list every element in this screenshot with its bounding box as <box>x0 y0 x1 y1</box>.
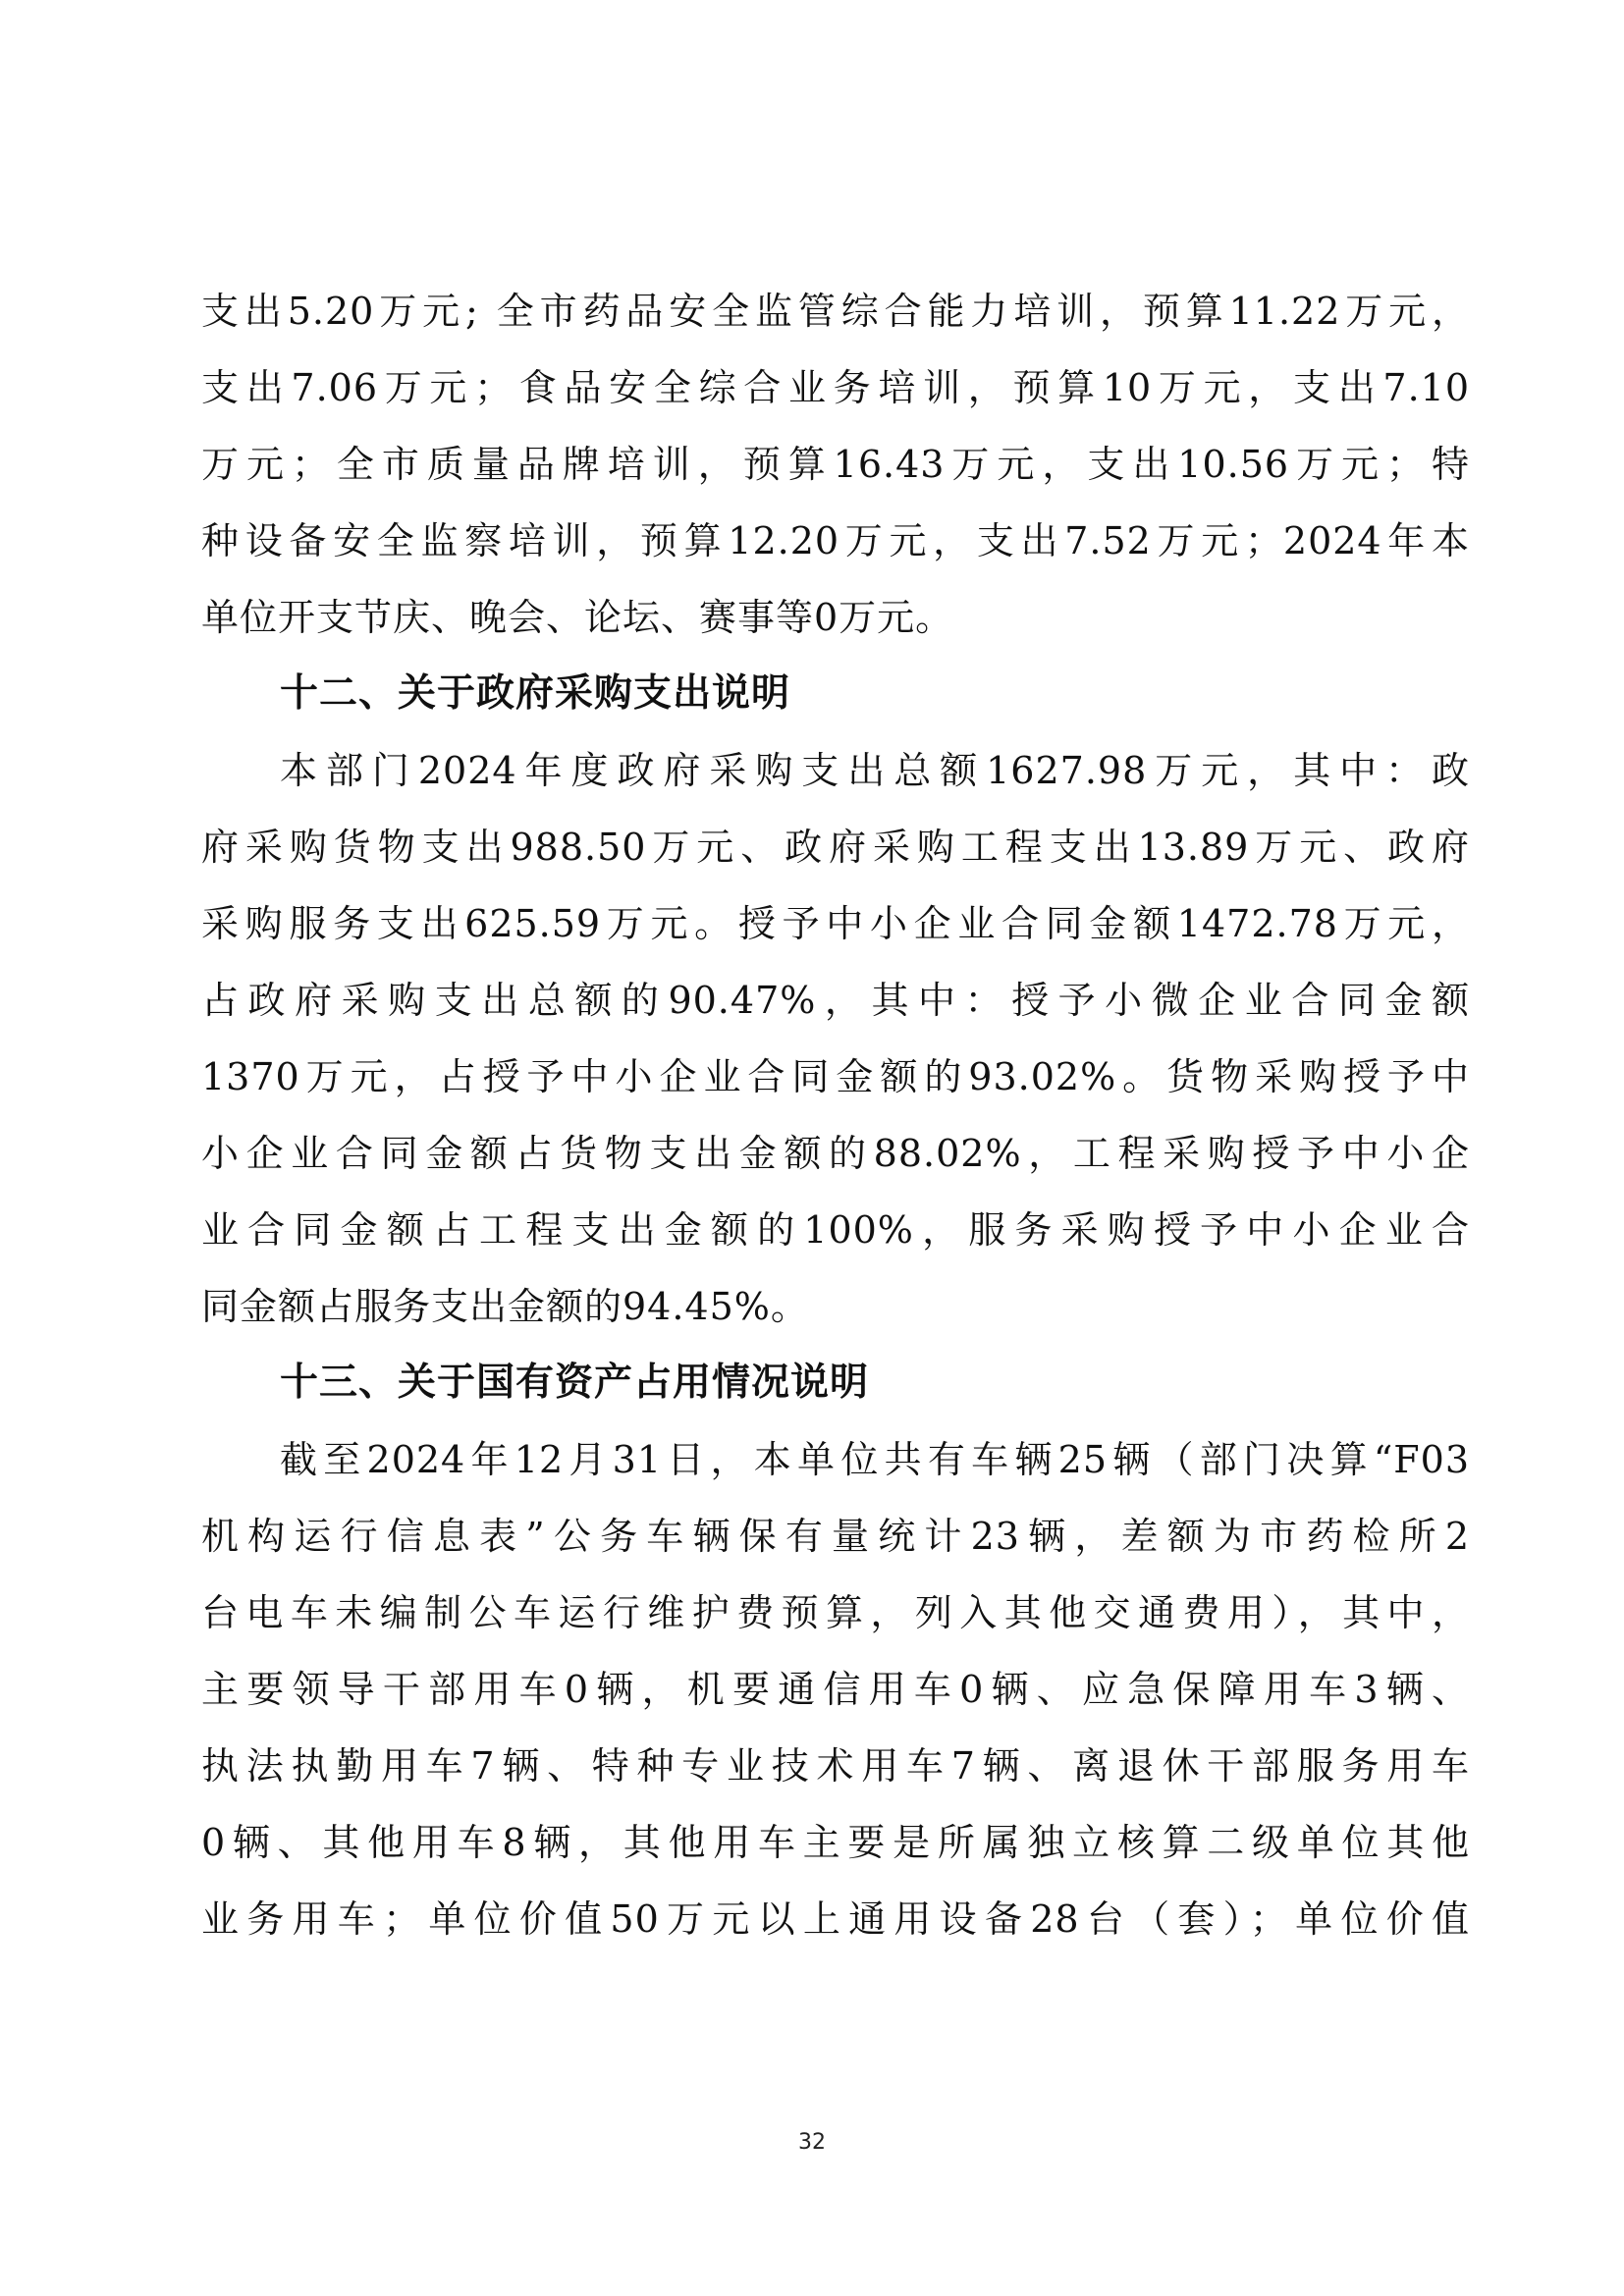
section-heading-government-procurement: 十二、关于政府采购支出说明 <box>201 656 1470 732</box>
paragraph-state-assets: 截至2024年12月31日，本单位共有车辆25辆（部门决算“F03 机构运行信息… <box>201 1421 1470 1957</box>
text-line: 1370万元，占授予中小企业合同金额的93.02%。货物采购授予中 <box>201 1039 1470 1115</box>
page-number: 32 <box>0 2130 1624 2155</box>
text-line: 0辆、其他用车8辆，其他用车主要是所属独立核算二级单位其他 <box>201 1804 1470 1881</box>
section-heading-state-assets: 十三、关于国有资产占用情况说明 <box>201 1345 1470 1421</box>
text-line: 业务用车；单位价值50万元以上通用设备28台（套）；单位价值 <box>201 1881 1470 1957</box>
text-line: 采购服务支出625.59万元。授予中小企业合同金额1472.78万元， <box>201 885 1470 962</box>
text-line: 主要领导干部用车0辆，机要通信用车0辆、应急保障用车3辆、 <box>201 1651 1470 1728</box>
text-line: 单位开支节庆、晚会、论坛、赛事等0万元。 <box>201 579 1470 656</box>
text-line: 占政府采购支出总额的90.47%，其中：授予小微企业合同金额 <box>201 962 1470 1039</box>
text-line: 种设备安全监察培训，预算12.20万元，支出7.52万元；2024年本 <box>201 503 1470 579</box>
text-line: 支出7.06万元；食品安全综合业务培训，预算10万元，支出7.10 <box>201 349 1470 426</box>
text-line: 同金额占服务支出金额的94.45%。 <box>201 1268 1470 1345</box>
text-line: 万元；全市质量品牌培训，预算16.43万元，支出10.56万元；特 <box>201 426 1470 503</box>
text-line: 业合同金额占工程支出金额的100%，服务采购授予中小企业合 <box>201 1192 1470 1268</box>
text-line: 本部门2024年度政府采购支出总额1627.98万元，其中：政 <box>201 732 1470 809</box>
text-line: 台电车未编制公车运行维护费预算，列入其他交通费用），其中， <box>201 1575 1470 1651</box>
paragraph-government-procurement: 本部门2024年度政府采购支出总额1627.98万元，其中：政 府采购货物支出9… <box>201 732 1470 1345</box>
text-line: 府采购货物支出988.50万元、政府采购工程支出13.89万元、政府 <box>201 809 1470 885</box>
text-line: 小企业合同金额占货物支出金额的88.02%，工程采购授予中小企 <box>201 1115 1470 1192</box>
document-page: 支出5.20万元; 全市药品安全监管综合能力培训，预算11.22万元， 支出7.… <box>201 273 1470 1957</box>
text-line: 执法执勤用车7辆、特种专业技术用车7辆、离退休干部服务用车 <box>201 1728 1470 1804</box>
text-line: 截至2024年12月31日，本单位共有车辆25辆（部门决算“F03 <box>201 1421 1470 1498</box>
paragraph-training-expenses: 支出5.20万元; 全市药品安全监管综合能力培训，预算11.22万元， 支出7.… <box>201 273 1470 656</box>
text-line: 机构运行信息表”公务车辆保有量统计23辆，差额为市药检所2 <box>201 1498 1470 1575</box>
text-line: 支出5.20万元; 全市药品安全监管综合能力培训，预算11.22万元， <box>201 273 1470 349</box>
